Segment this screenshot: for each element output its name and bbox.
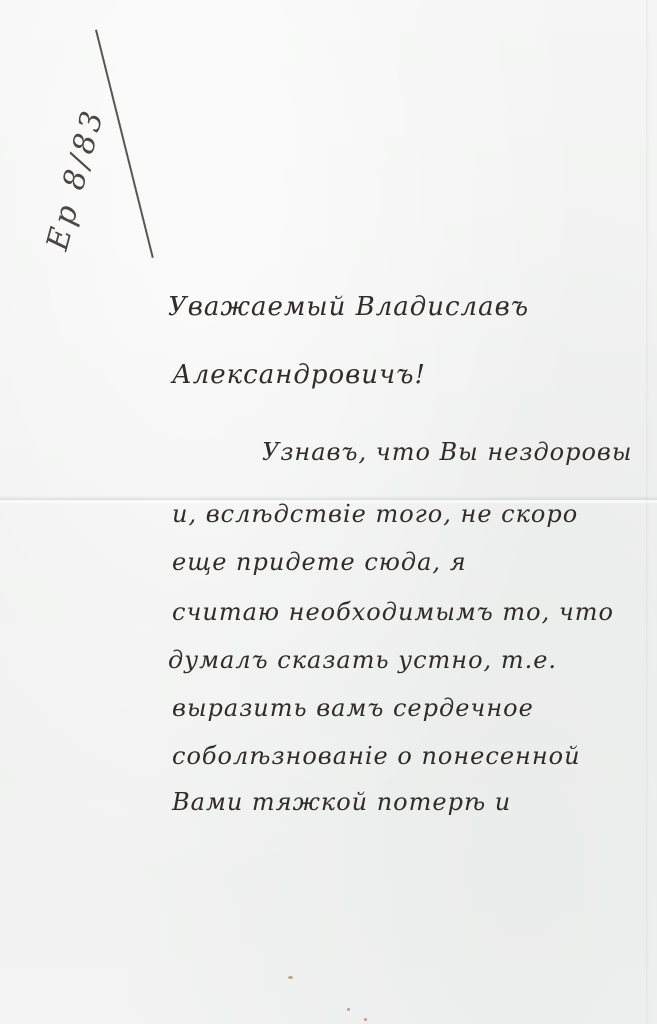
- body-line-8: Вами тяжкой потерѣ и: [172, 788, 511, 816]
- body-line-5: думалъ сказать устно, т.е.: [168, 646, 557, 674]
- margin-rule-line: [95, 30, 153, 258]
- archive-mark: Ер 8/83: [40, 104, 112, 254]
- body-line-2: и, вслѣдствіе того, не скоро: [172, 500, 578, 528]
- body-line-1: Узнавъ, что Вы нездоровы: [262, 438, 632, 466]
- salutation-line-2: Александровичъ!: [172, 360, 426, 390]
- foxing-spot: [364, 1018, 367, 1021]
- body-line-4: считаю необходимымъ то, что: [172, 598, 614, 626]
- letter-page: Ер 8/83 Уважаемый Владиславъ Александров…: [0, 0, 657, 1024]
- body-line-6: выразить вамъ сердечное: [172, 694, 534, 722]
- body-line-7: соболѣзнованіе о понесенной: [172, 742, 581, 770]
- foxing-spot: [288, 976, 293, 979]
- salutation-line-1: Уважаемый Владиславъ: [168, 292, 529, 322]
- right-edge-crease: [646, 0, 649, 1024]
- foxing-spot: [347, 1008, 350, 1011]
- body-line-3: еще придете сюда, я: [172, 548, 467, 576]
